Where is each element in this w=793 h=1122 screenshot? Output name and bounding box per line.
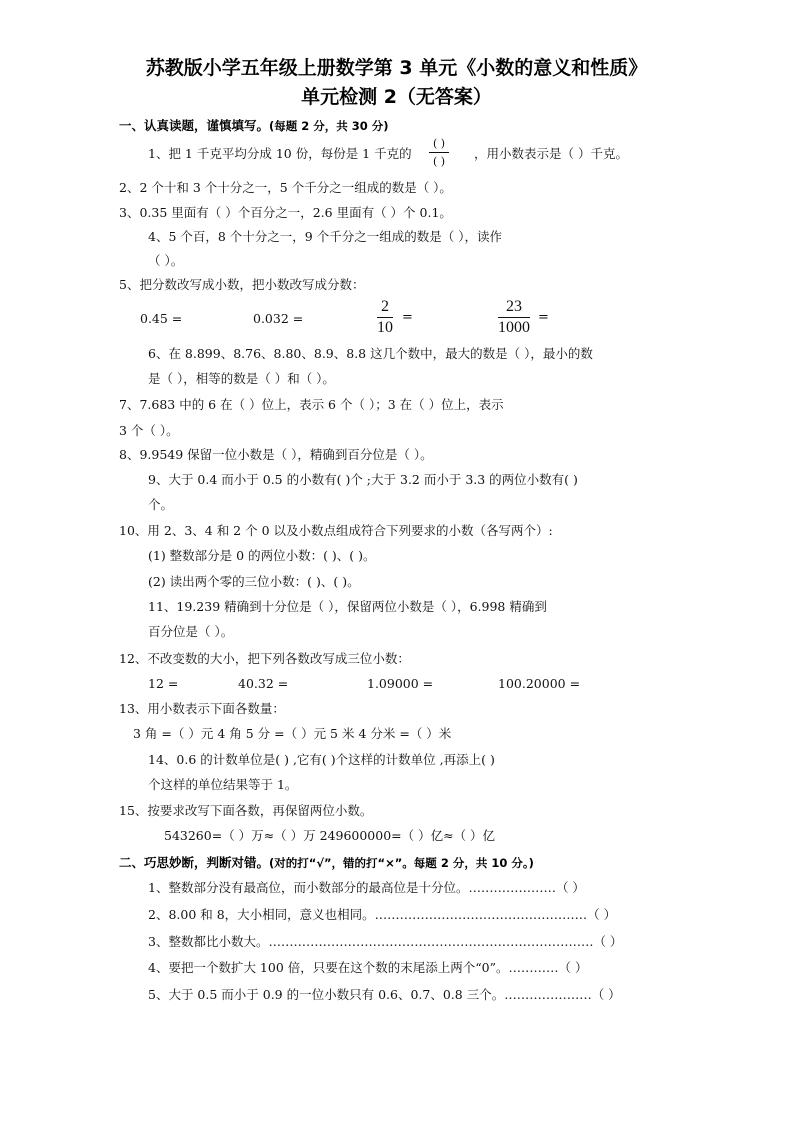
judge-item-5: 5、大于 0.5 而小于 0.9 的一位小数只有 0.6、0.7、0.8 三个。…: [148, 987, 621, 1003]
question-6-line1: 6、在 8.899、8.76、8.80、8.9、8.8 这几个数中，最大的数是（…: [148, 346, 593, 362]
document-title-line1: 苏教版小学五年级上册数学第 3 单元《小数的意义和性质》: [0, 53, 793, 80]
question-14-line2: 个这样的单位结果等于 1。: [148, 777, 297, 793]
question-14-line1: 14、0.6 的计数单位是( ) ,它有( )个这样的计数单位 ,再添上( ): [148, 752, 495, 768]
question-15-line: 543260=（ ）万≈（ ）万 249600000=（ ）亿≈（ ）亿: [164, 828, 495, 844]
question-12-item-4: 100.20000 =: [498, 676, 580, 692]
judge-item-4: 4、要把一个数扩大 100 倍，只要在这个数的末尾添上两个“0”。…………（ ）: [148, 960, 587, 976]
question-10: 10、用 2、3、4 和 2 个 0 以及小数点组成符合下列要求的小数（各写两个…: [119, 523, 553, 539]
question-13: 13、用小数表示下面各数量：: [119, 701, 285, 717]
fraction-denominator: 1000: [498, 318, 530, 337]
question-11-line2: 百分位是（ ）。: [148, 624, 233, 640]
fraction-numerator: 2: [377, 298, 393, 318]
question-1-prefix: 1、把 1 千克平均分成 10 份，每份是 1 千克的: [148, 146, 412, 162]
fraction-numerator: ( ): [429, 137, 449, 153]
question-5-fraction-2: 23 1000: [498, 298, 530, 337]
question-5-fraction-1: 2 10: [377, 298, 393, 337]
fraction-denominator: ( ): [429, 153, 449, 169]
question-15: 15、按要求改写下面各数，再保留两位小数。: [119, 803, 372, 819]
judge-item-2: 2、8.00 和 8，大小相同，意义也相同。……………………………………………（…: [148, 907, 616, 923]
question-1-fraction: ( ) ( ): [429, 137, 449, 169]
question-1-suffix: ，用小数表示是（ ）千克。: [474, 146, 628, 162]
question-9-line2: 个。: [148, 497, 173, 513]
section1-note: (每题 2 分，共 30 分): [269, 119, 389, 133]
section1-heading: 一、认真读题，谨慎填写。(每题 2 分，共 30 分): [119, 116, 389, 134]
section2-note: (对的打“√”，错的打“×”。每题 2 分，共 10 分。): [269, 856, 534, 870]
question-10-sub1: (1) 整数部分是 0 的两位小数：( )、( )。: [148, 548, 376, 564]
section1-heading-text: 一、认真读题，谨慎填写。: [119, 118, 269, 133]
question-12: 12、不改变数的大小，把下列各数改写成三位小数：: [119, 651, 410, 667]
section2-heading-text: 二、巧思妙断，判断对错。: [119, 855, 269, 870]
fraction-numerator: 23: [498, 298, 530, 318]
question-5: 5、把分数改写成小数，把小数改写成分数：: [119, 277, 364, 293]
fraction-denominator: 10: [377, 318, 393, 337]
question-5-equals-1: =: [402, 310, 413, 325]
question-12-item-1: 12 =: [148, 676, 178, 692]
section2-heading: 二、巧思妙断，判断对错。(对的打“√”，错的打“×”。每题 2 分，共 10 分…: [119, 853, 534, 871]
question-5-item-2: 0.032 =: [253, 311, 303, 327]
question-4-line1: 4、5 个百，8 个十分之一，9 个千分之一组成的数是（ ），读作: [148, 229, 502, 245]
question-4-line2: （ ）。: [148, 253, 183, 269]
question-7-line1: 7、7.683 中的 6 在（ ）位上，表示 6 个（ ）；3 在（ ）位上，表…: [119, 397, 504, 413]
question-5-equals-2: =: [538, 310, 549, 325]
question-6-line2: 是（ ），相等的数是（ ）和（ ）。: [148, 371, 335, 387]
question-12-item-3: 1.09000 =: [367, 676, 433, 692]
question-13-line: 3 角 =（ ）元 4 角 5 分 =（ ）元 5 米 4 分米 =（ ）米: [133, 726, 451, 742]
question-2: 2、2 个十和 3 个十分之一，5 个千分之一组成的数是（ ）。: [119, 180, 452, 196]
question-9-line1: 9、大于 0.4 而小于 0.5 的小数有( )个 ;大于 3.2 而小于 3.…: [148, 472, 578, 488]
question-5-item-1: 0.45 =: [140, 311, 182, 327]
question-3: 3、0.35 里面有（ ）个百分之一，2.6 里面有（ ）个 0.1。: [119, 205, 452, 221]
question-8: 8、9.9549 保留一位小数是（ ），精确到百分位是（ ）。: [119, 447, 433, 463]
question-11-line1: 11、19.239 精确到十分位是（ ），保留两位小数是（ ），6.998 精确…: [148, 599, 547, 615]
worksheet-page: 苏教版小学五年级上册数学第 3 单元《小数的意义和性质》 单元检测 2（无答案）…: [0, 0, 793, 1122]
judge-item-1: 1、整数部分没有最高位，而小数部分的最高位是十分位。…………………（ ）: [148, 880, 585, 896]
question-7-line2: 3 个（ ）。: [119, 423, 179, 439]
judge-item-3: 3、整数都比小数大。……………………………………………………………………（ ）: [148, 934, 622, 950]
document-title-line2: 单元检测 2（无答案）: [0, 82, 793, 109]
question-12-item-2: 40.32 =: [238, 676, 288, 692]
question-10-sub2: (2) 读出两个零的三位小数：( )、( )。: [148, 574, 360, 590]
